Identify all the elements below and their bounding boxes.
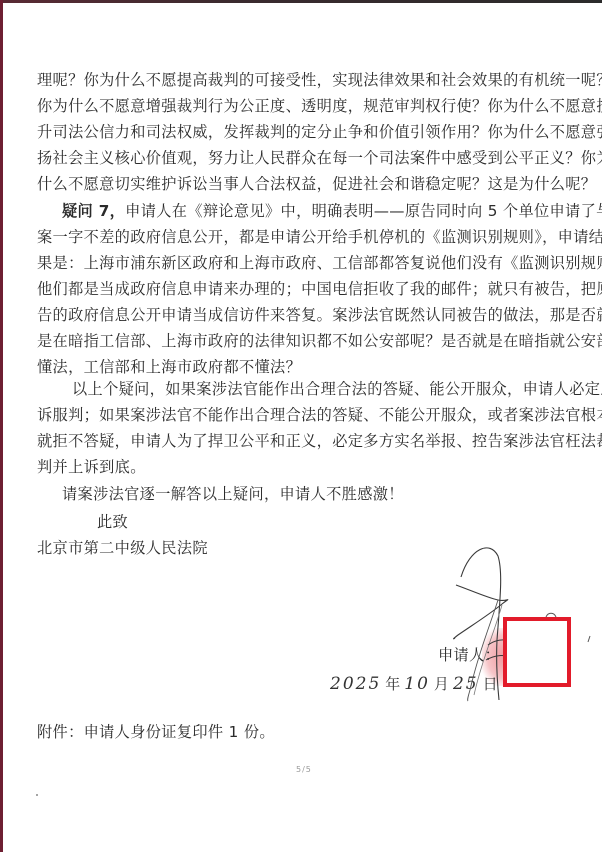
date-day: 25: [453, 674, 479, 694]
date-day-unit: 日: [483, 675, 498, 693]
text-line: 懂法，工信部和上海市政府都不懂法？: [37, 358, 301, 376]
scan-top-edge: [0, 0, 602, 3]
request-line: 请案涉法官逐一解答以上疑问，申请人不胜感激！: [62, 485, 404, 503]
date-year-unit: 年: [385, 675, 400, 693]
scan-left-edge: [0, 0, 3, 852]
text-line: 告的政府信息公开申请当成信访件来答复。案涉法官既然认同被告的做法，那是否就: [37, 306, 602, 324]
text-line: 他们都是当成政府信息申请来办理的；中国电信拒收了我的邮件；就只有被告，把原: [37, 280, 602, 298]
salutation: 此致: [97, 513, 128, 531]
text-line: 就拒不答疑，申请人为了捍卫公平和正义，必定多方实名举报、控告案涉法官枉法裁: [37, 432, 602, 450]
text-line: 疑问 7，申请人在《辩论意见》中，明确表明——原告同时向 5 个单位申请了与本: [62, 202, 602, 220]
scan-speck: [36, 794, 38, 796]
text-line: 以上个疑问，如果案涉法官能作出合理合法的答疑、能公开服众，申请人必定息: [72, 380, 602, 398]
page-indicator: 5/5: [296, 765, 312, 774]
text-line: 你为什么不愿意增强裁判行为公正度、透明度，规范审判权行使？你为什么不愿意提: [37, 97, 602, 115]
text-line: 升司法公信力和司法权威，发挥裁判的定分止争和价值引领作用？你为什么不愿意弘: [37, 123, 602, 141]
text-line: 果是：上海市浦东新区政府和上海市政府、工信部都答复说他们没有《监测识别规则》，: [37, 254, 602, 272]
date-year: 2025: [330, 674, 381, 694]
applicant-label: 申请人：: [438, 646, 500, 664]
date-month-unit: 月: [434, 675, 449, 693]
text-line: 判并上诉到底。: [37, 458, 146, 476]
text-line: 案一字不差的政府信息公开，都是申请公开给手机停机的《监测识别规则》，申请结: [37, 228, 602, 246]
text-line: 诉服判；如果案涉法官不能作出合理合法的答疑、不能公开服众，或者案涉法官根本: [37, 406, 602, 424]
text-line: 扬社会主义核心价值观，努力让人民群众在每一个司法案件中感受到公平正义？你为: [37, 149, 602, 167]
text-line: 理呢？你为什么不愿提高裁判的可接受性，实现法律效果和社会效果的有机统一呢？: [37, 71, 602, 89]
date-month: 10: [404, 674, 430, 694]
attachment-note: 附件：申请人身份证复印件 1 份。: [37, 723, 275, 741]
question-7-text: 申请人在《辩论意见》中，明确表明——原告同时向 5 个单位申请了与本: [125, 202, 602, 220]
text-line: 什么不愿意切实维护诉讼当事人合法权益，促进社会和谐稳定呢？这是为什么呢？: [37, 175, 596, 193]
question-7-lead: 疑问 7，: [62, 202, 125, 220]
redaction-box: [503, 617, 571, 687]
recipient: 北京市第二中级人民法院: [37, 539, 208, 557]
text-line: 是在暗指工信部、上海市政府的法律知识都不如公安部呢？是否就是在暗指就公安部: [37, 332, 602, 350]
handwritten-date: 2025年10月25日: [330, 673, 502, 694]
